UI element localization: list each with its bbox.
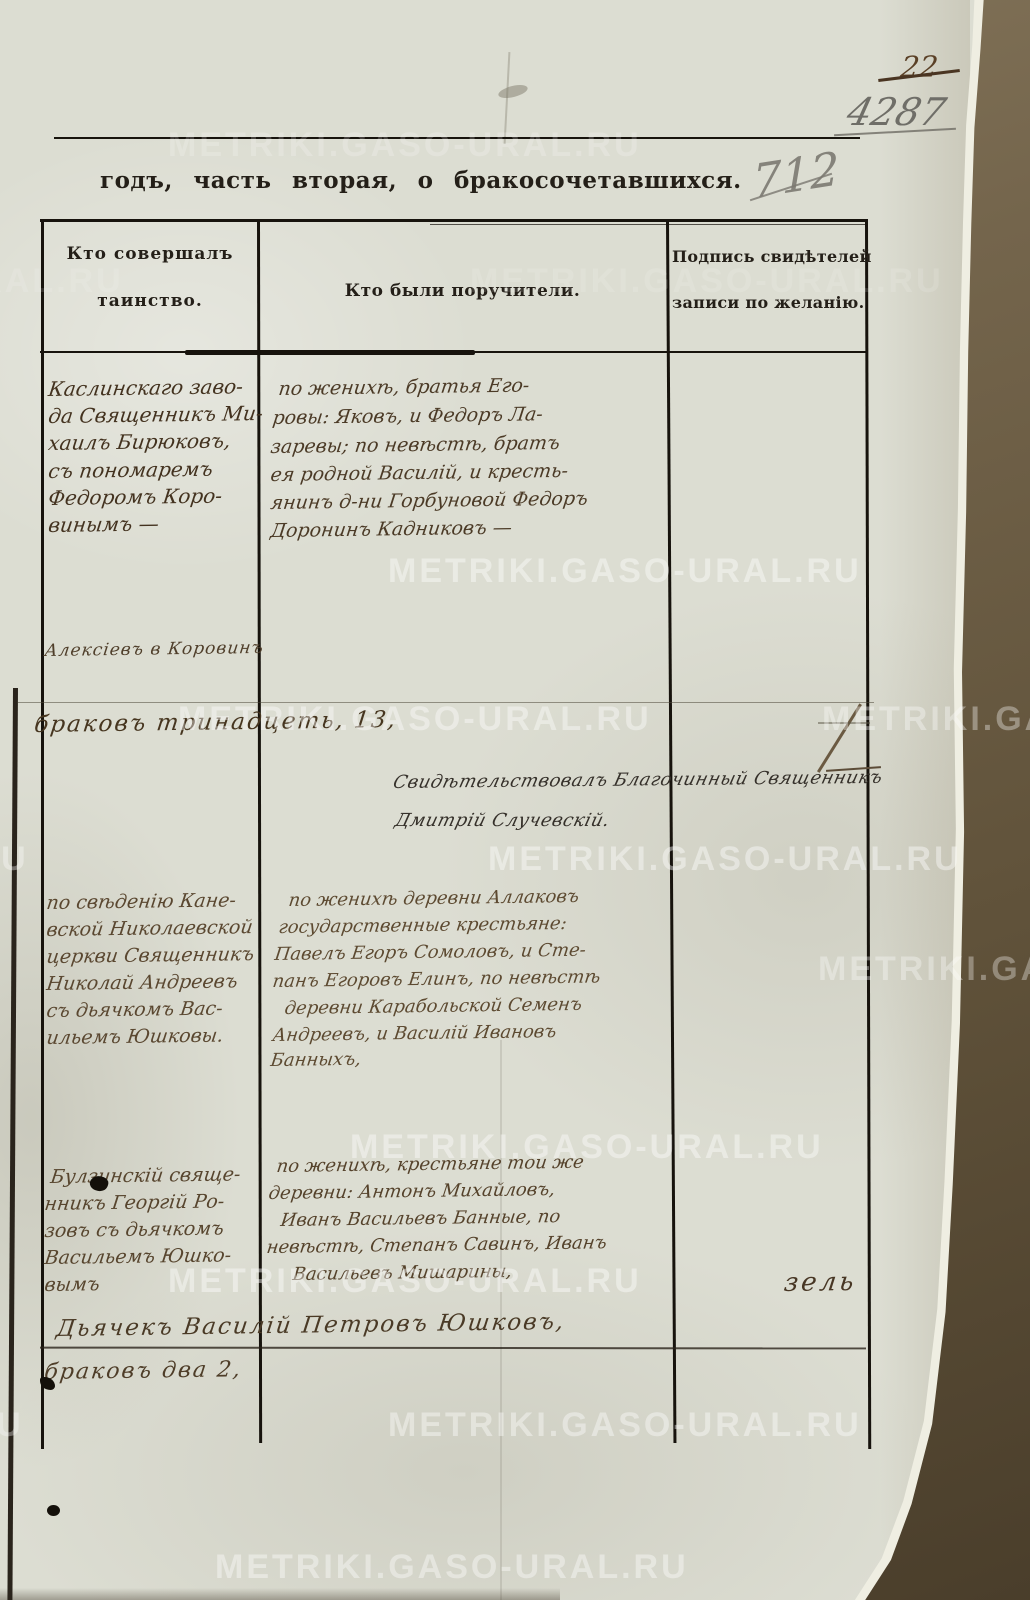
entry1-officiant-line: Каслинскаго заво- [47,374,245,401]
entry2-sureties-line: Банныхъ, [269,1049,362,1071]
watermark-text: METRIKI.GASO-URAL.RU [822,700,1030,739]
entry3-sureties-line: Иванъ Васильевъ Банные, по [279,1206,561,1231]
entry3-sureties-line: невѣстѣ, Степанъ Савинъ, Иванъ [265,1232,608,1258]
entry2-sureties-line: по женихѣ деревни Аллаковъ [287,886,580,911]
entry3-officiant-line: нникъ Георгій Ро- [43,1190,225,1215]
page-left-edge [7,688,18,1600]
ink-ruled-line-2 [40,1347,866,1349]
entry2-sureties-line: Павелъ Егоръ Сомоловъ, и Сте- [273,940,587,965]
entry1-sureties-line: ея родной Василій, и кресть- [269,460,569,486]
entry1-sureties-line: по женихѣ, братья Его- [277,375,531,400]
clerk-signature-1: Алексіевъ в Коровинъ [43,638,265,661]
archive-number: 4287 [843,90,951,134]
watermark-text: METRIKI.GASO-URAL.RU [470,262,944,301]
watermark-text: METRIKI.GASO-URAL.RU [215,1548,689,1587]
table-top-border [40,219,868,222]
entry1-officiant-line: винымъ — [47,511,161,537]
header-officiant-line1: Кто совершалъ [42,244,258,264]
fold-smudge [497,83,529,101]
entry2-sureties-line: Андреевъ, и Василій Ивановъ [271,1021,557,1046]
entry2-sureties-line: деревни Карабольской Семенъ [283,994,583,1019]
ink-blot [47,1505,60,1516]
header-bottom-border-thick [185,350,475,355]
entry1-sureties-line: ровы: Яковъ, и Федоръ Ла- [271,403,544,429]
marriages-total-2: браковъ два 2, [43,1357,244,1385]
watermark-text: METRIKI.GASO-URAL.RU [388,552,862,591]
watermark-text: METRIKI.GASO-URAL.RU [0,1406,24,1445]
watermark-text: METRIKI.GASO-URAL.RU [168,1262,642,1301]
watermark-text: METRIKI.GASO-URAL.RU [350,1128,824,1167]
page-title: годъ, часть вторая, о бракосочетавшихся. [100,167,742,194]
entry2-sureties-line: панъ Егоровъ Елинъ, по невѣстѣ [271,966,601,992]
entry1-sureties-line: Доронинъ Кадниковъ — [269,517,513,542]
entry2-officiant-line: Николай Андреевъ [45,970,239,995]
entry1-officiant-line: Федоромъ Коро- [47,484,224,510]
watermark-text: METRIKI.GASO-URAL.RU [0,840,29,879]
entry2-officiant-line: съ дьячкомъ Вас- [45,998,224,1022]
entry1-sureties-line: янинъ д-ни Горбуновой Федоръ [269,488,589,514]
entry2-sureties-line: государственные крестьяне: [277,913,568,938]
scanned-metric-book-page: 22 4287 годъ, часть вторая, о бракосочет… [0,0,1030,1600]
watermark-text: METRIKI.GASO-URAL.RU [488,840,962,879]
margin-mark: зель [782,1267,858,1298]
watermark-text: METRIKI.GASO-URAL.RU [168,126,642,165]
watermark-text: METRIKI.GASO-URAL.RU [818,950,1030,989]
entry2-officiant-line: по свѣденію Кане- [45,889,237,914]
inspection-note-line2: Дмитрій Случевскій. [393,810,612,831]
entry3-officiant-line: вымъ [43,1273,101,1296]
entry3-sureties-line: деревни: Антонъ Михайловъ, [267,1179,556,1204]
watermark-text: METRIKI.GASO-URAL.RU [388,1406,862,1445]
table-top-border-2 [430,224,868,225]
bottom-edge-shading [0,1588,560,1600]
entry2-officiant-line: церкви Священникъ [45,943,255,968]
inspection-note-line1: Свидѣтельствовалъ Благочинный Священникъ [391,767,885,793]
watermark-text: METRIKI.GASO-URAL.RU [0,262,124,301]
entry1-officiant-line: да Священникъ Ми- [47,401,264,428]
watermark-text: METRIKI.GASO-URAL.RU [178,700,652,739]
entry1-sureties-line: заревы; по невѣстѣ, братъ [269,432,561,458]
column-divider-2 [666,221,676,1443]
entry3-officiant-line: зовъ съ дьячкомъ [43,1218,225,1242]
entry1-officiant-line: съ пономаремъ [47,457,214,483]
clerk-signature-2: Дьячекъ Василій Петровъ Юшковъ, [55,1309,567,1342]
table-right-border [865,221,871,1449]
crossed-page-number: 22 [899,49,940,84]
entry2-officiant-line: вской Николаевской [45,916,254,941]
entry1-officiant-line: хаилъ Бирюковъ, [47,428,232,455]
entry3-officiant-line: Булзинскій свяще- [49,1163,242,1188]
watermark-text: METRIKI.GASO-URAL.RU [0,1128,4,1167]
entry2-officiant-line: ильемъ Юшковы. [45,1025,225,1049]
